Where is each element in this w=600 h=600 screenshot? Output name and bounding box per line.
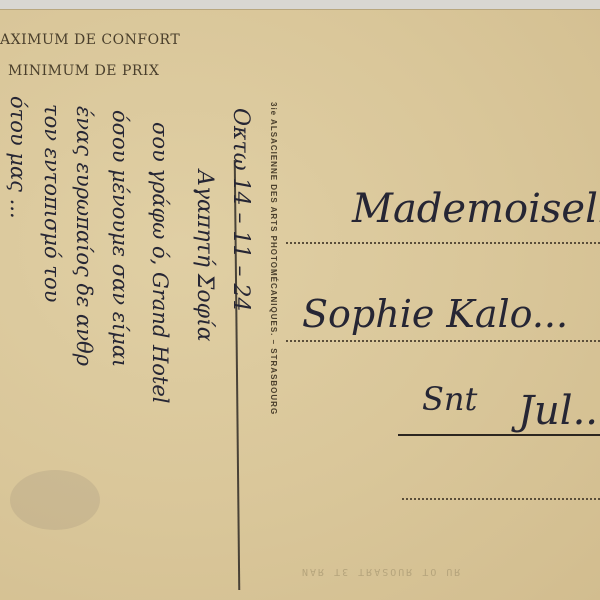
message-greeting: Αγαπητή Σοφία bbox=[192, 170, 217, 342]
message-line-3: ένας ευρωπαίος δε ανθρ bbox=[72, 106, 96, 366]
postcard-back: AXIMUM DE CONFORT MINIMUM DE PRIX 3ie AL… bbox=[0, 9, 600, 600]
address-rule-2 bbox=[286, 340, 600, 342]
address-line-1: Mademoiselle bbox=[352, 186, 600, 232]
header-slogan-1: AXIMUM DE CONFORT bbox=[0, 32, 180, 48]
address-rule-4 bbox=[402, 498, 600, 500]
address-rule-1 bbox=[286, 242, 600, 244]
message-line-1: σου γράφω ό, Grand Hotel bbox=[148, 122, 172, 404]
address-rule-3 bbox=[398, 434, 600, 436]
message-line-4: τον εντοπισμό του bbox=[40, 104, 64, 302]
address-line-2: Sophie Kalo... bbox=[302, 292, 568, 336]
stain bbox=[10, 470, 100, 530]
printer-credit: 3ie ALSACIENNE DES ARTS PHOTOMÉCANIQUES.… bbox=[262, 102, 278, 512]
message-date: Οκτω 14 – 11 – 24 bbox=[228, 108, 253, 312]
address-line-3: Jul... bbox=[518, 388, 600, 434]
address-line-3-prefix: Snt bbox=[422, 380, 477, 418]
message-line-2: όσου μένουμε σαν είμαι bbox=[108, 110, 132, 367]
show-through-text: ЯU OT ЯUOSAЯT 3T ЯAN bbox=[300, 566, 460, 577]
message-line-5: ότου μας ... bbox=[6, 96, 30, 219]
header-slogan-2: MINIMUM DE PRIX bbox=[8, 63, 159, 79]
